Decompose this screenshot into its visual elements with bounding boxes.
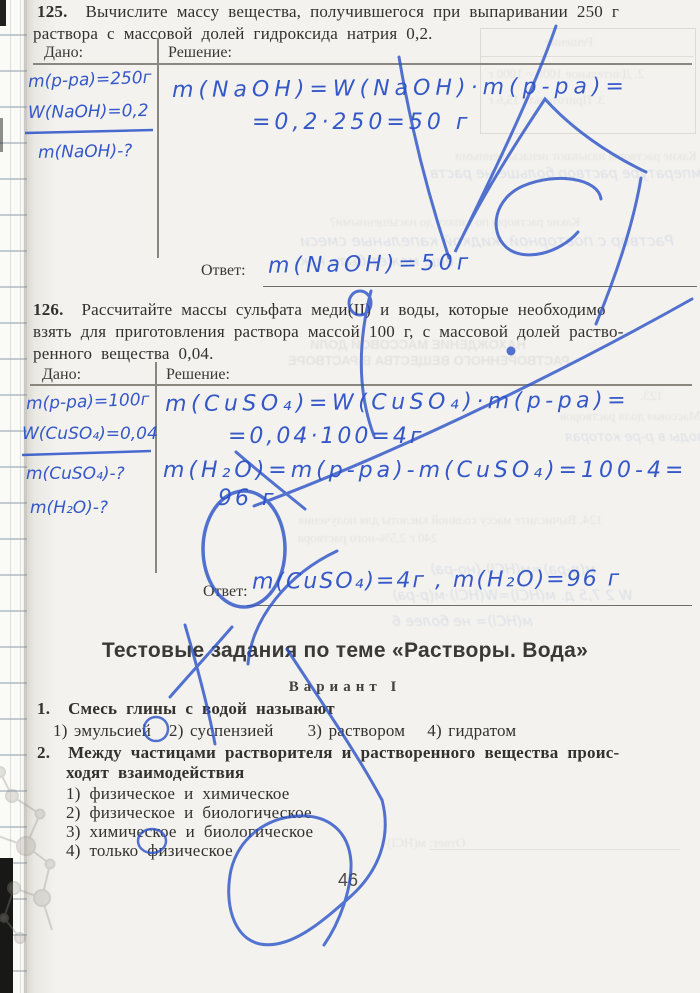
hw-solution-125-2: =0,2·250=50 г xyxy=(252,110,471,135)
hw-solution-126-4: 96 г xyxy=(218,486,277,511)
table-126-top-rule xyxy=(30,384,692,386)
bleedthrough-text: Какие растворы по запаху до насыщенными? xyxy=(330,214,580,230)
bleedthrough-text: 124. Вычислите массу соляной кислоты для… xyxy=(298,512,602,528)
table-125-top-rule xyxy=(33,63,692,65)
answer-label-126: Ответ: xyxy=(203,583,248,601)
question-1: 1. Смесь глины с водой называют xyxy=(37,699,335,719)
question-1-options: 1) эмульсией2) суспензией3) раствором4) … xyxy=(53,721,516,741)
bleedthrough-handwriting: м(НСl)= не более 6 xyxy=(392,614,533,630)
q2-option-4: 4) только физическое xyxy=(66,841,233,861)
table-126-divider xyxy=(155,362,157,573)
q2-option-1: 1) физическое и химическое xyxy=(66,784,290,804)
notebook-grid-line xyxy=(20,0,21,993)
question-2-line1: 2. Между частицами растворителя и раство… xyxy=(37,743,619,763)
hw-given-125-2: W(NaOH)=0,2 xyxy=(28,101,149,123)
solution-label-126: Решение: xyxy=(166,366,230,384)
scan-artifact xyxy=(0,858,13,993)
question-2-line2: ходят взаимодействия xyxy=(66,763,244,783)
q1-option-2: 2) суспензией xyxy=(169,721,274,740)
hw-solution-126-2: =0,04·100=4г xyxy=(228,424,424,449)
hw-solution-126-1: m(CuSO₄)=W(CuSO₄)·m(р-ра)= xyxy=(165,388,630,417)
bleedthrough-text: 240 г 2,5%-ного раствора xyxy=(298,530,438,546)
bleedthrough-line xyxy=(430,849,680,850)
scan-artifact xyxy=(0,118,3,152)
q1-option-4: 4) гидратом xyxy=(427,721,516,740)
problem-126-line3: ренного вещества 0,04. xyxy=(33,344,214,364)
bleedthrough-text: Решение xyxy=(545,34,593,50)
bleedthrough-handwriting: воды в р-ре которая xyxy=(565,430,700,445)
bleedthrough-text: 123. xyxy=(640,388,663,404)
hw-given-126-3: m(CuSO₄)-? xyxy=(26,464,125,484)
problem-126-number: 126. xyxy=(33,300,64,319)
bleedthrough-table-line xyxy=(481,56,693,57)
hw-given-125-3: m(NaOH)-? xyxy=(38,141,133,163)
bleedthrough-handwriting: Раствор с повторной жидкой капельные сме… xyxy=(300,232,674,250)
hw-given-126-2: W(CuSO₄)=0,04 xyxy=(22,424,158,444)
problem-126-line2: взять для приготовления раствора массой … xyxy=(33,322,624,342)
solution-label-125: Решение: xyxy=(168,44,232,62)
hw-given-126-4: m(H₂O)-? xyxy=(30,498,108,518)
test-section-heading: Тестовые задания по теме «Растворы. Вода… xyxy=(30,639,660,663)
given-label-126: Дано: xyxy=(42,366,81,384)
problem-125-line2: раствора с массовой долей гидроксида нат… xyxy=(33,24,433,44)
notebook-grid-line xyxy=(10,0,11,993)
notebook-grid-edge xyxy=(0,0,27,993)
variant-label: Вариант I xyxy=(30,679,660,696)
table-125-divider xyxy=(157,38,159,258)
answer-label-125: Ответ: xyxy=(201,262,246,280)
hw-solution-125-1: m(NaOH)=W(NaOH)·m(р-ра)= xyxy=(172,74,629,103)
bleedthrough-handwriting: При какой температуре раствор больше не … xyxy=(430,166,700,182)
hw-answer-126: m(CuSO₄)=4г , m(H₂O)=96 г xyxy=(252,566,621,594)
answer-line-125 xyxy=(263,286,697,287)
q1-option-1: 1) эмульсией xyxy=(53,721,151,740)
hw-solution-126-3: m(H₂O)=m(р-ра)-m(CuSO₄)=100-4= xyxy=(163,458,687,483)
problem-125-line1: 125. Вычислите массу вещества, получивше… xyxy=(37,2,619,22)
given-label-125: Дано: xyxy=(44,44,83,62)
problem-125-number: 125. xyxy=(37,2,68,21)
scan-artifact xyxy=(0,0,6,26)
answer-line-126 xyxy=(247,605,692,606)
page-number: 46 xyxy=(338,870,358,891)
bleedthrough-heading: РАСТВОРЕННОГО ВЕЩЕСТВА В РАСТВОРЕ xyxy=(288,353,570,368)
hw-answer-125: m(NaOH)=50г xyxy=(268,250,473,279)
q2-option-2: 2) физическое и биологическое xyxy=(66,803,312,823)
bleedthrough-text: 122. Какие растворы называют ненасыщенны… xyxy=(455,148,700,164)
q1-option-3: 3) раствором xyxy=(308,721,406,740)
q2-option-3: 3) химическое и биологическое xyxy=(66,822,313,842)
scanned-workbook-page: Решение 2. Длительное 1000 = 1000 г 3. П… xyxy=(0,0,700,993)
problem-126-line1: 126. Рассчитайте массы сульфата меди(II)… xyxy=(33,300,606,320)
